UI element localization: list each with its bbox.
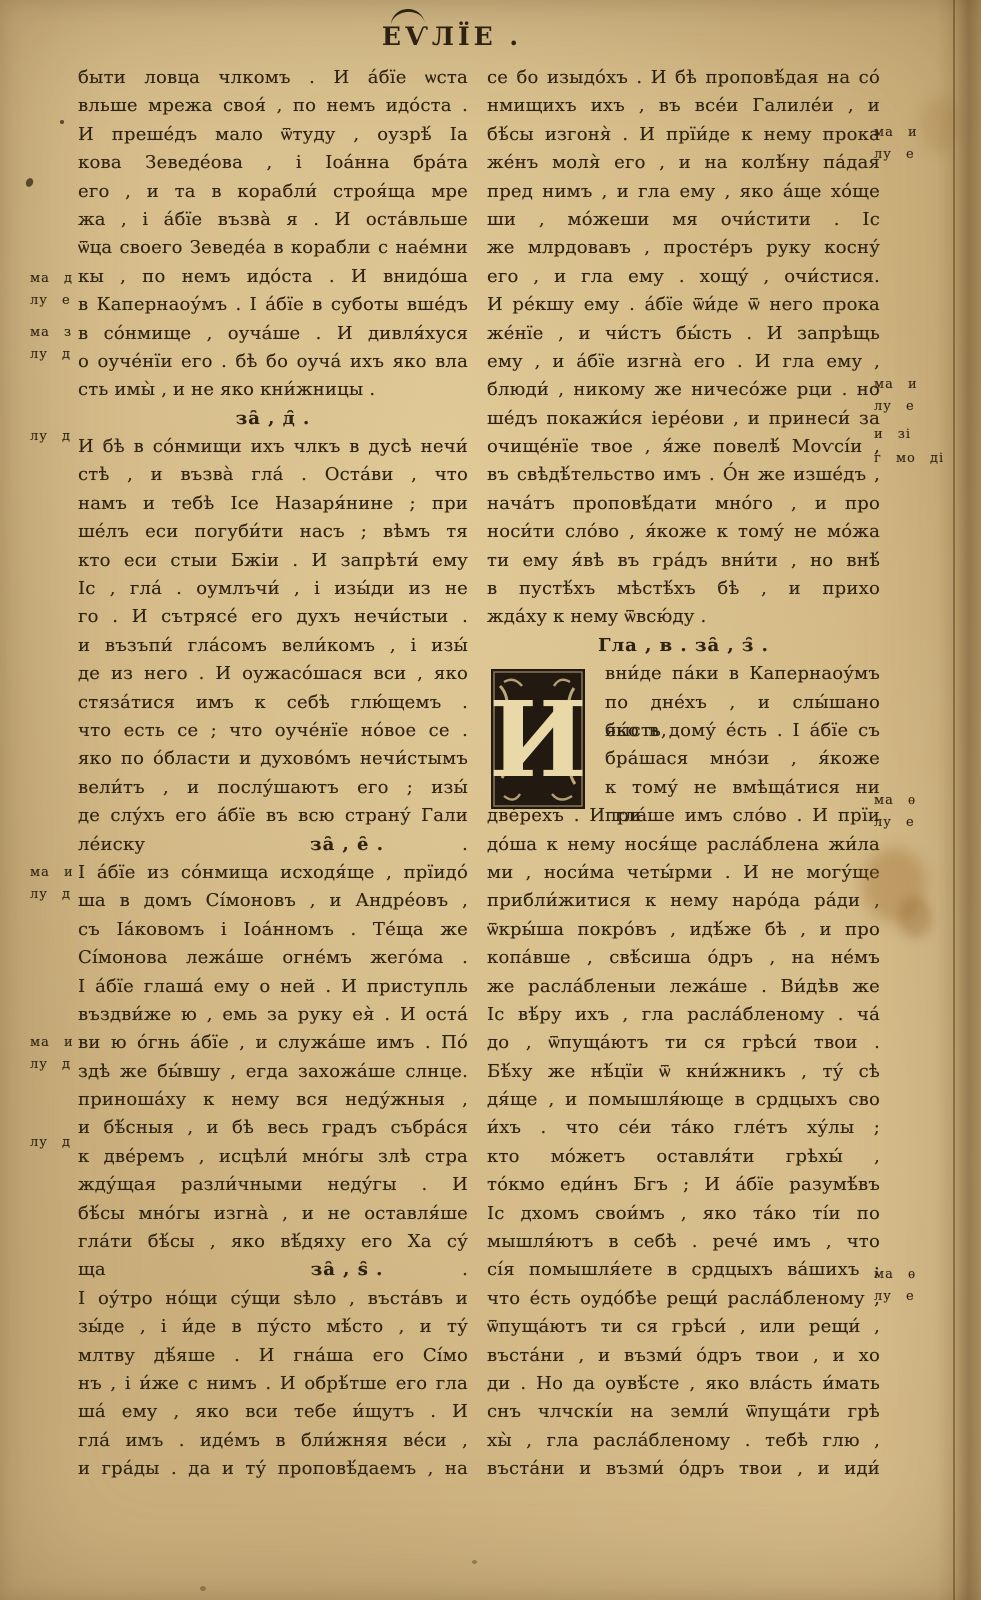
text-line-content: вни́де па́ки в Капернаоу́мъ [605,660,880,688]
margin-note: ма з [30,326,72,340]
text-line: блюди́ , никому же ничесо́же рци . но [487,376,880,404]
text-line-content: за̑ , д̑ . [78,405,468,433]
text-line: к две́ремъ , исцѣли́ мно́гы злѣ стра [78,1143,468,1171]
margin-note: ма д [30,272,73,286]
text-line-content: млтву дѣ́яше . И гна́ша его Сі́мо [78,1342,468,1370]
text-line: ши , мо́жеши мя очи́стити . Іс [487,206,880,234]
margin-note: ма и [30,1036,74,1050]
margin-note: лу д [30,1136,71,1150]
text-line: же млрдовавъ , просте́ръ руку косну́ [487,234,880,262]
text-line-content: здѣ же бы́вшу , егда захожа́ше слнце. [78,1058,468,1086]
text-line: за̑ , д̑ . [78,405,468,433]
text-line: к тому́ не вмѣща́тися ни при [487,774,880,802]
text-line: носи́ти сло́во , я́коже к тому́ не мо́жа [487,518,880,546]
text-line: до́ша к нему нося́ще расла́блена жи́ла [487,831,880,859]
text-line-content: быти ловца члкомъ . И а́бїе ѡста [78,64,468,92]
text-line-content: же́нїе , и чи́стъ бы́сть . И запрѣщь [487,320,880,348]
text-line-content: его , и гла ему . хощу́ , очи́стися. [487,263,880,291]
text-line-content: ша в домъ Сі́моновъ , и Андре́овъ , [78,887,468,915]
text-line-content: о оуче́нїи его . бѣ бо оуча́ ихъ яко вла [78,348,468,376]
text-line-content: І оу́тро но́щи су́щи ѕѣло , въста́въ и [78,1285,468,1313]
text-line: его , и та в корабли́ строя́ща мре [78,178,468,206]
text-line-content: съ Іа́ковомъ і Іоа́нномъ . Те́ща же [78,916,468,944]
text-line: и възъпи́ гла́сомъ вели́комъ , і изы́ [78,632,468,660]
text-line: И бѣ в со́нмищи ихъ члкъ в дусѣ нечи́ [78,433,468,461]
text-line-content: ѿпуща́ютъ ти ся грѣси́ , или рещи́ , [487,1313,880,1341]
text-line-content: блюди́ , никому же ничесо́же рци . но [487,376,880,404]
text-line-content: зы́де , і и́де в пу́сто мѣ́сто , и ту́ [78,1313,468,1341]
text-line: бѣ́сы изгоня̀ . И прїи́де к нему прока [487,121,880,149]
text-line-content: ми , носи́ма четы́рми . И не могу́ще [487,859,880,887]
text-line-content: в Капернаоу́мъ . І а́бїе в суботы вше́дъ [78,291,468,319]
paper-stain [898,898,932,938]
text-line-content: ѿца своего Зеведе́а в корабли с нае́мни [78,234,468,262]
text-line: Бѣ́ху же нѣ́цїи ѿ кни́жникъ , ту́ сѣ [487,1058,880,1086]
text-line: две́рехъ . И гла́ше имъ сло́во . И прїи [487,802,880,830]
text-line-content: что есть се ; что оуче́нїе но́вое се . [78,717,468,745]
text-line-content: въста́ни , и възми́ о́дръ твои , и хо [487,1342,880,1370]
text-line: в пустѣ́хъ мѣстѣ́хъ бѣ , и прихо [487,575,880,603]
text-line-content: І а́бїе глаша́ ему о ней . И приступль [78,973,468,1001]
text-line: Іс дхомъ свои́мъ , яко та́ко ті́и по [487,1200,880,1228]
text-line-content: жа , і а́бїе възва̀ я . И оста́вльше [78,206,468,234]
text-line: ѿпуща́ютъ ти ся грѣси́ , или рещи́ , [487,1313,880,1341]
text-column-right: се бо изыдо́хъ . И бѣ проповѣ́дая на со́… [487,64,880,1484]
text-line: нача́тъ проповѣ́дати мно́го , и про [487,490,880,518]
text-line: же́нъ моля̀ его , и на колѣ́ну па́дая [487,149,880,177]
text-line: кто мо́жетъ оставля́ти грѣхы́ , [487,1143,880,1171]
text-line-content: въздви́же ю , емь за руку ея̀ . И оста́ [78,1001,468,1029]
text-line-content: ше́дъ покажи́ся іере́ови , и принеси́ за [487,405,880,433]
text-line: же́нїе , и чи́стъ бы́сть . И запрѣщь [487,320,880,348]
text-line: гла́ти бѣ́сы , яко вѣ́дяху его Ха су́ [78,1228,468,1256]
text-line-content: сі́я помышля́ете в срдцыхъ ва́шихъ ; [487,1256,880,1284]
margin-note: лу е [874,400,915,414]
text-line-content: копа́вше , свѣ́сиша о́дръ , на не́мъ [487,944,880,972]
text-line: нмищихъ ихъ , въ все́и Галиле́и , и [487,92,880,120]
book-page: ЕѴЛЇЕ . быти ловца члкомъ . И а́бїе ѡста… [0,0,981,1600]
text-line-content: ви ю о́гнь а́бїе , и служа́ше имъ . По́ [78,1029,468,1057]
text-line-content: И бѣ в со́нмищи ихъ члкъ в дусѣ нечи́ [78,433,468,461]
text-line: яко в дому́ е́сть . І а́бїе съ [487,717,880,745]
text-line-content: Сі́монова лежа́ше огне́мъ жего́ма . [78,944,468,972]
text-line-content: жду́щая разли́чными неду́гы . И [78,1171,468,1199]
text-line-content: нмищихъ ихъ , въ все́и Галиле́и , и [487,92,880,120]
text-line-content: дя́ще , и помышля́юще в срдцыхъ сво [487,1086,880,1114]
text-line-content: и възъпи́ гла́сомъ вели́комъ , і изы́ [78,632,468,660]
margin-note: ма и [874,126,918,140]
text-line-content: бѣ́сы изгоня̀ . И прїи́де к нему прока [487,121,880,149]
text-line-content: де слу́хъ его а́бїе въ всю страну́ Гали [78,802,468,830]
text-line: кова Зеведе́ова , і Іоа́нна бра́та [78,149,468,177]
text-line-content: І а́бїе из со́нмища исходя́ще , прїидо́ [78,859,468,887]
text-line-content: ему , и а́бїе изгна̀ его . И гла ему , [487,348,880,376]
text-line: и гра́ды . да и ту́ проповѣ́даемъ , на [78,1455,468,1483]
text-line-content: в пустѣ́хъ мѣстѣ́хъ бѣ , и прихо [487,575,880,603]
text-line-content: к две́ремъ , исцѣли́ мно́гы злѣ стра [78,1143,468,1171]
text-line: І а́бїе глаша́ ему о ней . И приступль [78,973,468,1001]
text-line: вели́тъ , и послу́шаютъ его ; изы́ [78,774,468,802]
text-line: ви ю о́гнь а́бїе , и служа́ше имъ . По́ [78,1029,468,1057]
ink-speck [24,177,34,188]
text-column-left: быти ловца члкомъ . И а́бїе ѡста вльше м… [78,64,468,1484]
text-line-content: Іс , гла́ . оумлъчи́ , і изы́ди из не [78,575,468,603]
text-line-content: же млрдовавъ , просте́ръ руку косну́ [487,234,880,262]
text-line: млтву дѣ́яше . И гна́ша его Сі́мо [78,1342,468,1370]
text-line: де слу́хъ его а́бїе въ всю страну́ Гали [78,802,468,830]
text-line: в Капернаоу́мъ . І а́бїе в суботы вше́дъ [78,291,468,319]
margin-note: ма и [874,378,918,392]
ink-speck [60,120,64,124]
text-line-content: го . И сътрясе́ его духъ нечи́стыи . [78,603,468,631]
text-line-content: Гла , в . за̑ , з̑ . [487,632,880,660]
text-line-content: въста́ни и възми́ о́дръ твои , и иди́ [487,1455,880,1483]
text-line: го . И сътрясе́ его духъ нечи́стыи . [78,603,468,631]
text-line: ми , носи́ма четы́рми . И не могу́ще [487,859,880,887]
text-line: де из него . И оужасо́шася вси , яко [78,660,468,688]
text-line-content: ша́ ему , яко вси тебе и́щутъ . И [78,1398,468,1426]
text-line: Іс , гла́ . оумлъчи́ , і изы́ди из не [78,575,468,603]
text-line: до , ѿпуща́ютъ ти ся грѣси́ твои . [487,1029,880,1057]
text-line: быти ловца члкомъ . И а́бїе ѡста [78,64,468,92]
margin-note: ма и [30,866,74,880]
text-line: се бо изыдо́хъ . И бѣ проповѣ́дая на со́ [487,64,880,92]
text-line-content: яко в дому́ е́сть . І а́бїе съ [605,717,880,745]
text-line: въста́ни , и възми́ о́дръ твои , и хо [487,1342,880,1370]
text-line-content: до , ѿпуща́ютъ ти ся грѣси́ твои . [487,1029,880,1057]
text-line-content: И преше́дъ мало ѿтуду , оузрѣ́ Іа [78,121,468,149]
text-line: его , и гла ему . хощу́ , очи́стися. [487,263,880,291]
text-line-content: же расла́бленыи лежа́ше . Ви́дѣв же [487,973,880,1001]
text-line: и́хъ . что се́и та́ко гле́тъ ху́лы ; [487,1114,880,1142]
text-line-content: две́рехъ . И гла́ше имъ сло́во . И прїи [487,802,880,830]
text-line: же расла́бленыи лежа́ше . Ви́дѣв же [487,973,880,1001]
zachalo-heading: за̑ , ѕ̑ . [226,1256,468,1284]
text-line-content: стѣ , и възва̀ гла́ . Оста́ви , что [78,461,468,489]
text-line: ше́дъ покажи́ся іере́ови , и принеси́ за [487,405,880,433]
text-line: пред нимъ , и гла ему , яко а́ще хо́ще [487,178,880,206]
margin-note: лу д [30,348,71,362]
text-line: сі́я помышля́ете в срдцыхъ ва́шихъ ; [487,1256,880,1284]
text-line: нъ , і и́же с нимъ . И обрѣ́тше его гла [78,1370,468,1398]
text-line-content: мышля́ютъ в себѣ . рече́ имъ , что [487,1228,880,1256]
text-line-content: и гра́ды . да и ту́ проповѣ́даемъ , на [78,1455,468,1483]
text-line: вльше мрежа своя́ , по немъ идо́ста . [78,92,468,120]
text-line-content: ди . Но да оувѣ́сте , яко вла́сть и́мать [487,1370,880,1398]
text-line: намъ и тебѣ Ісе Назаря́нине ; при [78,490,468,518]
text-line: И преше́дъ мало ѿтуду , оузрѣ́ Іа [78,121,468,149]
text-line: жда́ху к нему ѿвсю́ду . [487,603,880,631]
text-line-content: Іс вѣ́ру ихъ , гла расла́бленому . ча́ [487,1001,880,1029]
text-line-content: Бѣ́ху же нѣ́цїи ѿ кни́жникъ , ту́ сѣ [487,1058,880,1086]
text-line-content: хы̀ , гла расла́бленому . тебѣ глю , [487,1427,880,1455]
text-line: стяза́тися имъ к себѣ глю́щемъ . [78,689,468,717]
text-line: ти ему я́вѣ въ гра́дъ вни́ти , но внѣ́ [487,547,880,575]
text-line: дя́ще , и помышля́юще в срдцыхъ сво [487,1086,880,1114]
text-line: зы́де , і и́де в пу́сто мѣ́сто , и ту́ [78,1313,468,1341]
text-line-content: ше́лъ еси погуби́ти насъ ; вѣмъ тя [78,518,468,546]
text-line-content: кы , по немъ идо́ста . И внидо́ша [78,263,468,291]
text-line-content: стяза́тися имъ к себѣ глю́щемъ . [78,689,468,717]
text-line: стѣ , и възва̀ гла́ . Оста́ви , что [78,461,468,489]
text-line: бра́шася мно́зи , я́коже [487,745,880,773]
text-line-content: де из него . И оужасо́шася вси , яко [78,660,468,688]
text-line: кы , по немъ идо́ста . И внидо́ша [78,263,468,291]
text-line-content: прибли́житися к нему наро́да ра́ди , [487,887,880,915]
text-line: за̑ , ѕ̑ . ща . [78,1256,468,1284]
ink-speck [200,1586,206,1591]
margin-note: лу е [874,148,915,162]
text-line: ше́лъ еси погуби́ти насъ ; вѣмъ тя [78,518,468,546]
text-line-content: нача́тъ проповѣ́дати мно́го , и про [487,490,880,518]
text-line: и бѣ́сныя , и бѣ весь градъ събра́ся [78,1114,468,1142]
text-line-content: намъ и тебѣ Ісе Назаря́нине ; при [78,490,468,518]
text-line-content: и́хъ . что се́и та́ко гле́тъ ху́лы ; [487,1114,880,1142]
text-line: яко по о́бласти и духово́мъ нечи́стымъ [78,745,468,773]
text-line: И ре́кшу ему . а́бїе ѿи́де ѿ него прока [487,291,880,319]
text-line-content: се бо изыдо́хъ . И бѣ проповѣ́дая на со́ [487,64,880,92]
margin-note: г мо ді [874,452,944,466]
text-line: очище́нїе твое , я́же повелѣ́ Моѵсі́и , [487,433,880,461]
text-line-content: бѣ́сы мно́гы изгна̀ , и не оставля́ше [78,1200,468,1228]
text-line-content: кто мо́жетъ оставля́ти грѣхы́ , [487,1143,880,1171]
text-line: прибли́житися к нему наро́да ра́ди , [487,887,880,915]
text-line: мышля́ютъ в себѣ . рече́ имъ , что [487,1228,880,1256]
text-line-content: что е́сть оудо́бѣе рещи́ расла́бленому , [487,1285,880,1313]
text-line: что е́сть оудо́бѣе рещи́ расла́бленому , [487,1285,880,1313]
text-line: съ Іа́ковомъ і Іоа́нномъ . Те́ща же [78,916,468,944]
text-line: по дне́хъ , и слы́шано бы́сть, [487,689,880,717]
zachalo-heading: за̑ , е̑ . [226,831,468,859]
text-line: ѿца своего Зеведе́а в корабли с нае́мни [78,234,468,262]
text-line: І а́бїе из со́нмища исходя́ще , прїидо́ [78,859,468,887]
page-edge-line [953,0,955,1600]
text-line: бѣ́сы мно́гы изгна̀ , и не оставля́ше [78,1200,468,1228]
text-line: копа́вше , свѣ́сиша о́дръ , на не́мъ [487,944,880,972]
text-line: Іс вѣ́ру ихъ , гла расла́бленому . ча́ [487,1001,880,1029]
text-line: ѿкры́ша покро́въ , идѣ́же бѣ , и про [487,916,880,944]
text-line: то́кмо еди́нъ Бгъ ; И а́бїе разумѣ́въ [487,1171,880,1199]
text-line-content: очище́нїе твое , я́же повелѣ́ Моѵсі́и , [487,433,880,461]
page-edge [937,0,981,1600]
running-title: ЕѴЛЇЕ . [0,22,940,51]
text-line-content: Іс дхомъ свои́мъ , яко та́ко ті́и по [487,1200,880,1228]
text-line: ди . Но да оувѣ́сте , яко вла́сть и́мать [487,1370,880,1398]
text-line-content: же́нъ моля̀ его , и на колѣ́ну па́дая [487,149,880,177]
text-line: здѣ же бы́вшу , егда захожа́ше слнце. [78,1058,468,1086]
text-line: жа , і а́бїе възва̀ я . И оста́вльше [78,206,468,234]
text-line-content: вели́тъ , и послу́шаютъ его ; изы́ [78,774,468,802]
text-line: вни́де па́ки в Капернаоу́мъ [487,660,880,688]
text-line-content: гла́ти бѣ́сы , яко вѣ́дяху его Ха су́ [78,1228,468,1256]
margin-note: лу д [30,430,71,444]
text-line: хы̀ , гла расла́бленому . тебѣ глю , [487,1427,880,1455]
text-line-content: его , и та в корабли́ строя́ща мре [78,178,468,206]
margin-note: лу е [874,1290,915,1304]
text-line-content: то́кмо еди́нъ Бгъ ; И а́бїе разумѣ́въ [487,1171,880,1199]
margin-note: ма ѳ [874,794,916,808]
text-line-content: в со́нмище , оуча́ше . И дивля́хуся [78,320,468,348]
text-line: въста́ни и възми́ о́дръ твои , и иди́ [487,1455,880,1483]
text-line-content: ѿкры́ша покро́въ , идѣ́же бѣ , и про [487,916,880,944]
text-line-content: яко по о́бласти и духово́мъ нечи́стымъ [78,745,468,773]
text-line-content: приноша́ху к нему вся неду́жныя , [78,1086,468,1114]
text-line-content: пред нимъ , и гла ему , яко а́ще хо́ще [487,178,880,206]
text-line: снъ члчскі́и на земли́ ѿпуща́ти грѣ [487,1398,880,1426]
text-line: въ свѣдѣ́тельство имъ . О́н же изше́дъ , [487,461,880,489]
margin-note: ма ѳ [874,1268,916,1282]
text-line-content: гла́ имъ . иде́мъ в бли́жняя ве́си , [78,1427,468,1455]
ink-speck [472,1560,477,1564]
text-line: ша в домъ Сі́моновъ , и Андре́овъ , [78,887,468,915]
text-line-content: бра́шася мно́зи , я́коже [605,745,880,773]
text-line-content: снъ члчскі́и на земли́ ѿпуща́ти грѣ [487,1398,880,1426]
text-line: приноша́ху к нему вся неду́жныя , [78,1086,468,1114]
margin-note: лу е [874,816,915,830]
text-line-content: до́ша к нему нося́ще расла́блена жи́ла [487,831,880,859]
text-line: Сі́монова лежа́ше огне́мъ жего́ма . [78,944,468,972]
text-line: кто еси стыи Бжіи . И запрѣти́ ему [78,547,468,575]
text-line: сть имы̀ , и не яко кни́жницы . [78,376,468,404]
text-line: ему , и а́бїе изгна̀ его . И гла ему , [487,348,880,376]
text-line-content: вльше мрежа своя́ , по немъ идо́ста . [78,92,468,120]
text-line-content: жда́ху к нему ѿвсю́ду . [487,603,880,631]
text-line-content: въ свѣдѣ́тельство имъ . О́н же изше́дъ , [487,461,880,489]
text-line-content: ти ему я́вѣ въ гра́дъ вни́ти , но внѣ́ [487,547,880,575]
text-line: что есть се ; что оуче́нїе но́вое се . [78,717,468,745]
text-line: І оу́тро но́щи су́щи ѕѣло , въста́въ и [78,1285,468,1313]
text-line-content: сть имы̀ , и не яко кни́жницы . [78,376,468,404]
running-title-text: ЕѴЛЇЕ . [382,22,522,51]
text-line: ша́ ему , яко вси тебе и́щутъ . И [78,1398,468,1426]
text-line-content: ши , мо́жеши мя очи́стити . Іс [487,206,880,234]
text-line: жду́щая разли́чными неду́гы . И [78,1171,468,1199]
text-line-content: кто еси стыи Бжіи . И запрѣти́ ему [78,547,468,575]
text-line-content: И ре́кшу ему . а́бїе ѿи́де ѿ него прока [487,291,880,319]
text-line: Гла , в . за̑ , з̑ . [487,632,880,660]
text-line: гла́ имъ . иде́мъ в бли́жняя ве́си , [78,1427,468,1455]
margin-note: лу е [30,294,71,308]
text-line-content: и бѣ́сныя , и бѣ весь градъ събра́ся [78,1114,468,1142]
text-line-content: нъ , і и́же с нимъ . И обрѣ́тше его гла [78,1370,468,1398]
text-line: въздви́же ю , емь за руку ея̀ . И оста́ [78,1001,468,1029]
text-line: за̑ , е̑ . ле́иску . [78,831,468,859]
text-line-content: носи́ти сло́во , я́коже к тому́ не мо́жа [487,518,880,546]
text-line: о оуче́нїи его . бѣ бо оуча́ ихъ яко вла [78,348,468,376]
text-line-content: кова Зеведе́ова , і Іоа́нна бра́та [78,149,468,177]
text-line: в со́нмище , оуча́ше . И дивля́хуся [78,320,468,348]
margin-note: лу д [30,1058,71,1072]
margin-note: лу д [30,888,71,902]
